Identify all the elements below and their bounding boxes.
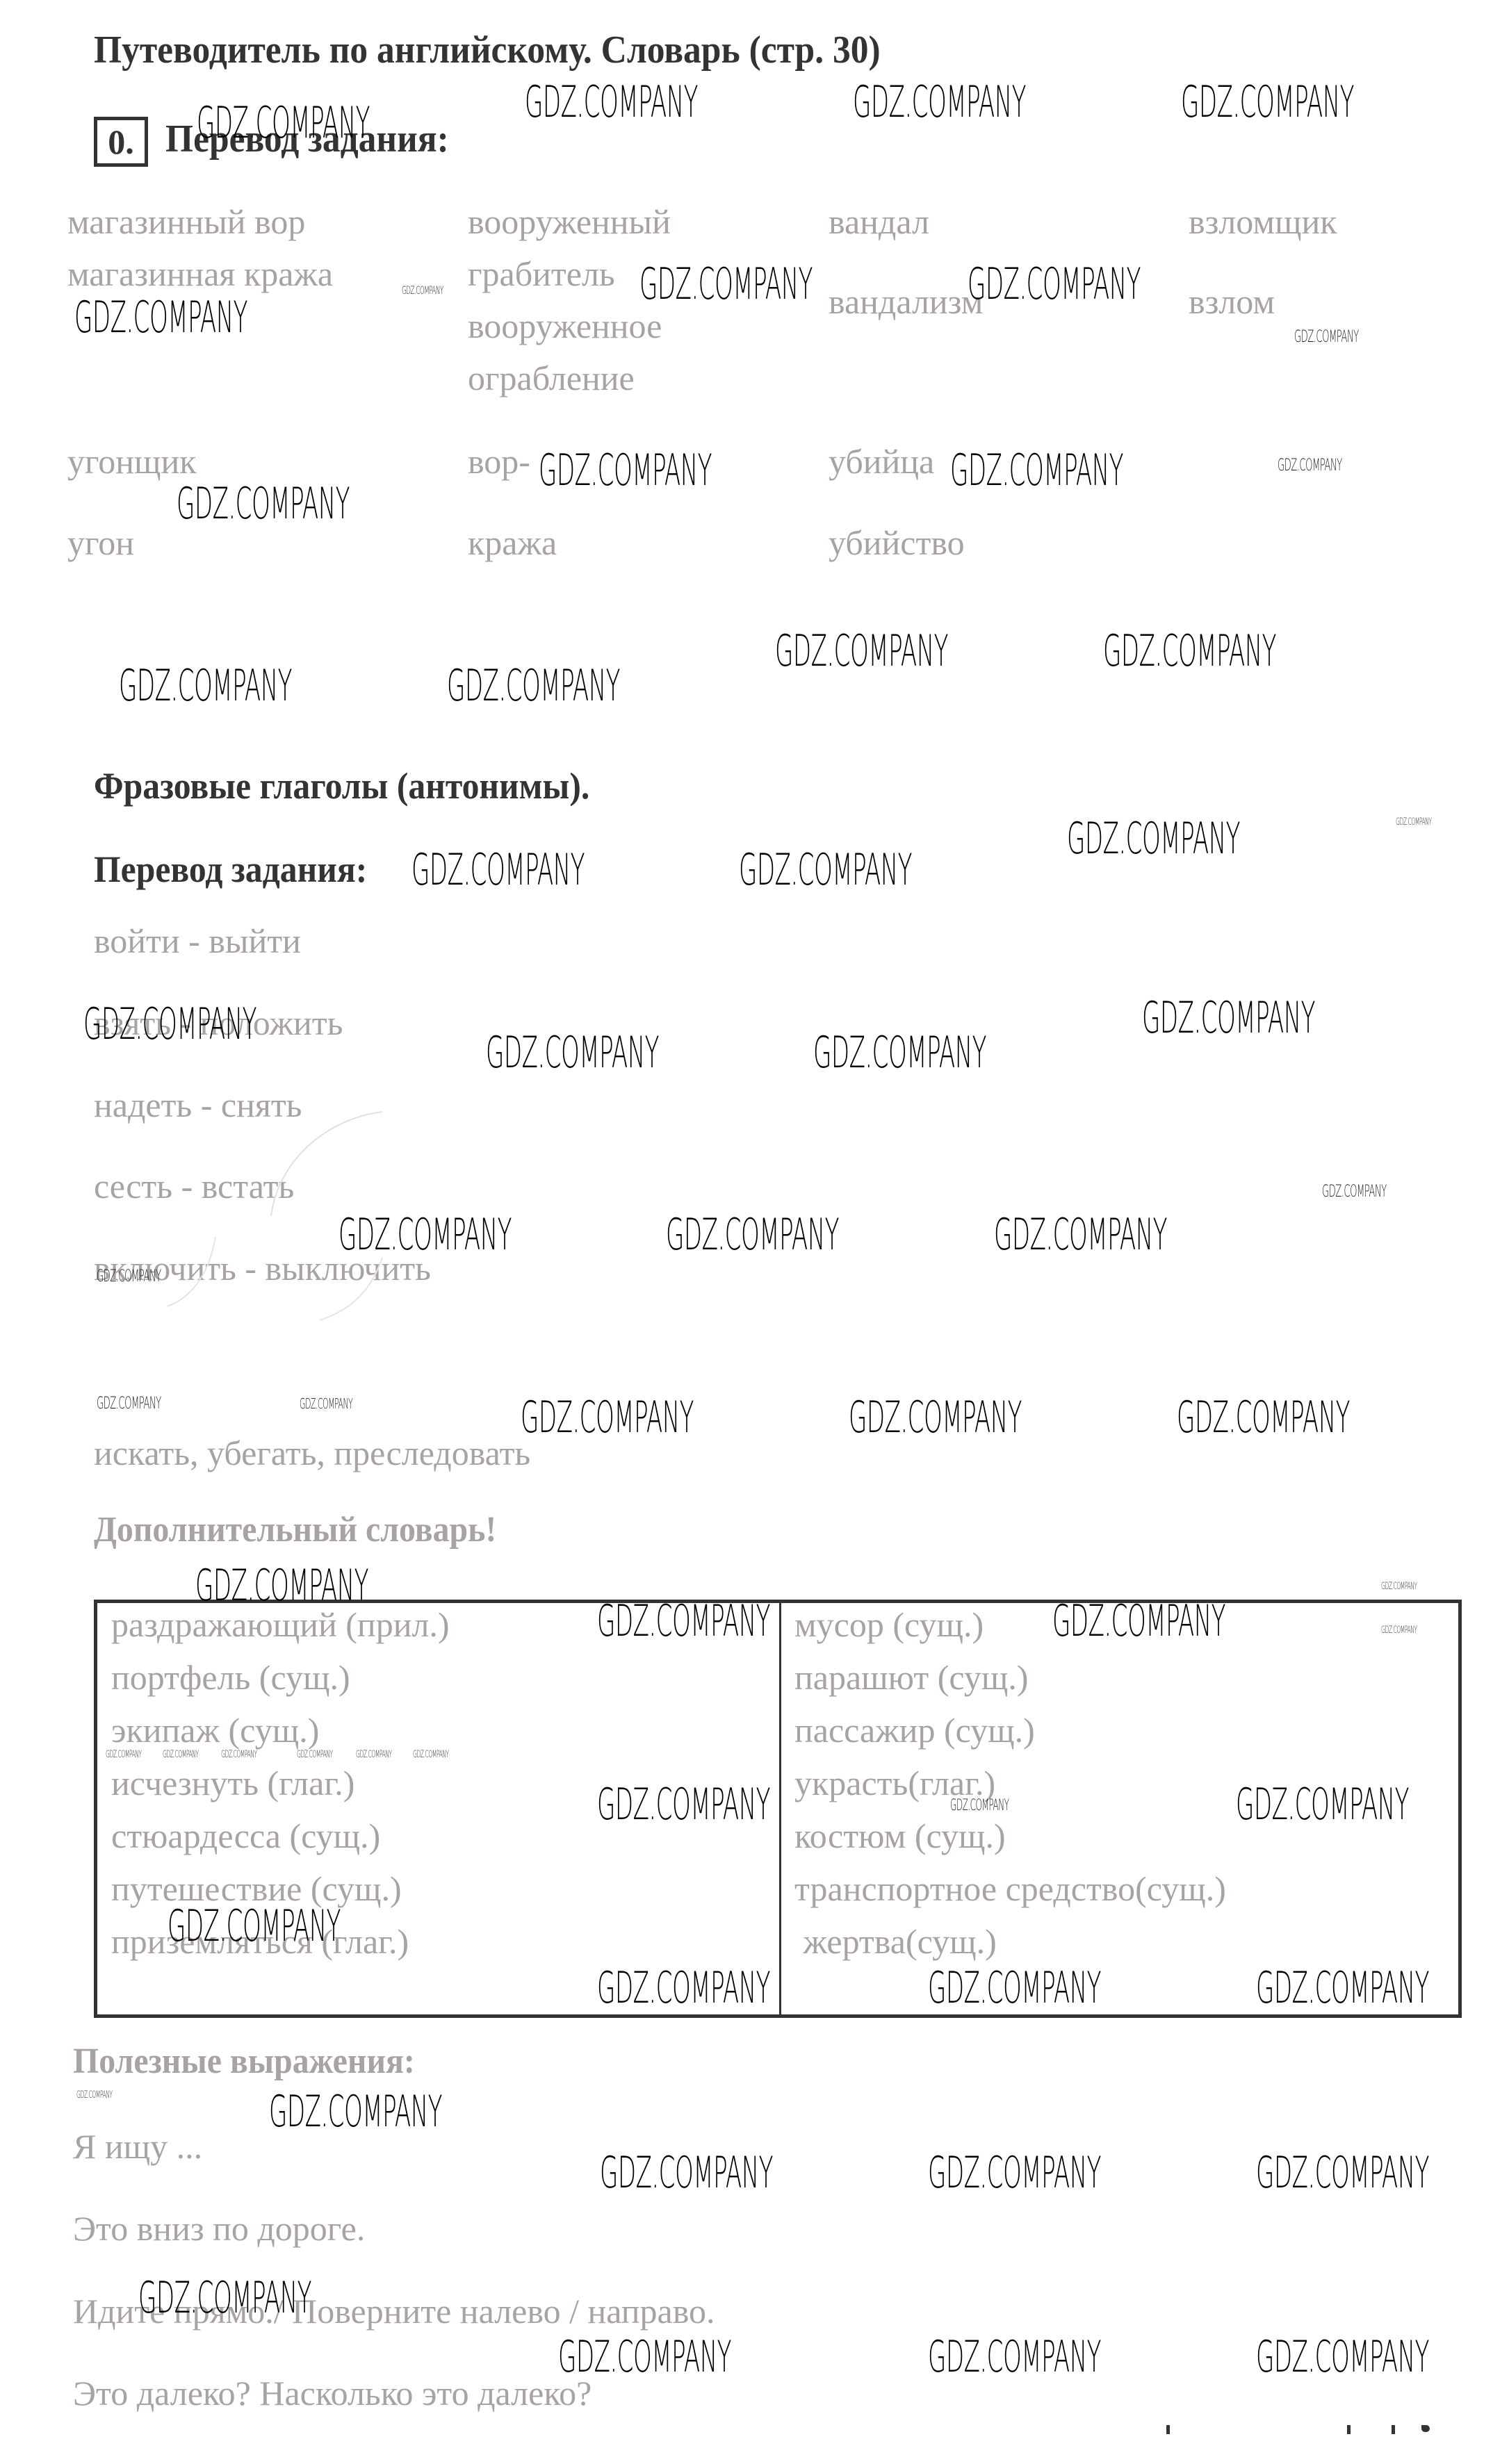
watermark: GDZ.COMPANY <box>1396 816 1432 828</box>
antonym-pair: войти - выйти <box>94 921 301 961</box>
vocab-item: вор- <box>468 441 530 482</box>
page-edge-mark <box>1392 2425 1395 2434</box>
watermark: GDZ.COMPANY <box>300 1395 352 1412</box>
table-cell-right: парашют (сущ.) <box>794 1657 1029 1698</box>
watermark: GDZ.COMPANY <box>177 478 350 529</box>
table-cell-right: пассажир (сущ.) <box>794 1710 1035 1750</box>
watermark: GDZ.COMPANY <box>639 258 813 309</box>
watermark: GDZ.COMPANY <box>197 97 370 148</box>
watermark: GDZ.COMPANY <box>1103 625 1276 676</box>
phrase-item: Это далеко? Насколько это далеко? <box>73 2373 592 2413</box>
task-number-box: 0. <box>94 117 148 167</box>
watermark: GDZ.COMPANY <box>849 1392 1022 1443</box>
watermark: GDZ.COMPANY <box>83 999 256 1049</box>
watermark: GDZ.COMPANY <box>1381 1581 1417 1592</box>
vocab-item: кража <box>468 523 557 563</box>
table-cell-left: экипаж (сущ.) <box>111 1710 319 1750</box>
watermark: GDZ.COMPANY <box>163 1749 199 1760</box>
watermark: GDZ.COMPANY <box>1294 327 1359 346</box>
watermark: GDZ.COMPANY <box>950 1797 1009 1814</box>
watermark: GDZ.COMPANY <box>97 1266 161 1286</box>
watermark: GDZ.COMPANY <box>1256 2331 1429 2382</box>
watermark: GDZ.COMPANY <box>486 1027 659 1078</box>
phrase-item: Я ищу ... <box>73 2126 202 2167</box>
section-heading-phrasal-verbs: Фразовые глаголы (антонимы). <box>94 764 589 807</box>
vocab-item: грабитель <box>468 254 615 294</box>
watermark: GDZ.COMPANY <box>297 1749 333 1760</box>
watermark: GDZ.COMPANY <box>1322 1181 1387 1201</box>
watermark: GDZ.COMPANY <box>1067 813 1240 864</box>
watermark: GDZ.COMPANY <box>558 2331 731 2382</box>
watermark: GDZ.COMPANY <box>447 660 620 711</box>
page-edge-mark <box>1347 2425 1351 2434</box>
watermark: GDZ.COMPANY <box>928 1962 1101 2013</box>
watermark: GDZ.COMPANY <box>994 1209 1167 1260</box>
watermark: GDZ.COMPANY <box>1181 76 1354 127</box>
vocab-item: магазинная кража <box>67 254 333 294</box>
vocab-item: вандал <box>829 202 929 242</box>
page-title: Путеводитель по английскому. Словарь (ст… <box>94 28 881 72</box>
watermark: GDZ.COMPANY <box>338 1209 512 1260</box>
table-cell-right: транспортное средство(сущ.) <box>794 1868 1226 1909</box>
watermark: GDZ.COMPANY <box>119 660 292 711</box>
watermark: GDZ.COMPANY <box>97 1393 161 1413</box>
extra-verbs-line: искать, убегать, преследовать <box>94 1433 530 1473</box>
watermark: GDZ.COMPANY <box>106 1749 142 1760</box>
watermark: GDZ.COMPANY <box>597 1595 770 1646</box>
vocab-item: взломщик <box>1189 202 1337 242</box>
phrase-item: Это вниз по дороге. <box>73 2208 365 2249</box>
vocab-item: вооруженное <box>468 306 662 346</box>
watermark: GDZ.COMPANY <box>666 1209 839 1260</box>
watermark: GDZ.COMPANY <box>356 1749 392 1760</box>
watermark: GDZ.COMPANY <box>195 1560 368 1611</box>
vocab-item: угонщик <box>67 441 197 482</box>
table-cell-left: портфель (сущ.) <box>111 1657 350 1698</box>
watermark: GDZ.COMPANY <box>1381 1625 1417 1636</box>
vocab-item: вандализм <box>829 281 983 322</box>
watermark: GDZ.COMPANY <box>1278 455 1342 475</box>
watermark: GDZ.COMPANY <box>168 1900 341 1951</box>
antonym-pair: сесть - встать <box>94 1166 294 1206</box>
watermark: GDZ.COMPANY <box>539 445 712 495</box>
table-cell-right: жертва(сущ.) <box>794 1921 997 1962</box>
watermark: GDZ.COMPANY <box>269 2086 442 2137</box>
table-cell-right: мусор (сущ.) <box>794 1604 984 1645</box>
watermark: GDZ.COMPANY <box>597 1779 770 1830</box>
watermark: GDZ.COMPANY <box>1236 1779 1409 1830</box>
table-cell-left: стюардесса (сущ.) <box>111 1816 380 1856</box>
vocab-item: ограбление <box>468 358 635 398</box>
watermark: GDZ.COMPANY <box>525 76 698 127</box>
vocab-item: угон <box>67 523 134 563</box>
watermark: GDZ.COMPANY <box>221 1749 257 1760</box>
watermark: GDZ.COMPANY <box>1177 1392 1350 1443</box>
phrasal-verbs-task-heading: Перевод задания: <box>94 848 367 891</box>
table-cell-left: исчезнуть (глаг.) <box>111 1763 354 1803</box>
section-heading-extra-vocab: Дополнительный словарь! <box>94 1509 496 1550</box>
vocab-item: вооруженный <box>468 202 671 242</box>
vocab-item: взлом <box>1189 281 1275 322</box>
watermark: GDZ.COMPANY <box>813 1027 986 1078</box>
watermark: GDZ.COMPANY <box>1256 2147 1429 2198</box>
watermark: GDZ.COMPANY <box>597 1962 770 2013</box>
task-number: 0. <box>108 122 134 162</box>
watermark: GDZ.COMPANY <box>600 2147 773 2198</box>
watermark: GDZ.COMPANY <box>1052 1595 1225 1646</box>
page-edge-mark <box>1166 2425 1170 2434</box>
watermark: GDZ.COMPANY <box>775 625 948 676</box>
watermark: GDZ.COMPANY <box>1256 1962 1429 2013</box>
vocab-item: убийство <box>829 523 965 563</box>
watermark: GDZ.COMPANY <box>76 2089 113 2101</box>
watermark: GDZ.COMPANY <box>411 844 585 895</box>
watermark: GDZ.COMPANY <box>402 284 443 297</box>
antonym-pair: надеть - снять <box>94 1085 302 1125</box>
watermark: GDZ.COMPANY <box>521 1392 694 1443</box>
watermark: GDZ.COMPANY <box>950 445 1123 495</box>
table-cell-right: костюм (сущ.) <box>794 1816 1006 1856</box>
table-divider <box>779 1603 781 2014</box>
watermark: GDZ.COMPANY <box>74 292 247 343</box>
section-heading-useful-phrases: Полезные выражения: <box>73 2041 415 2082</box>
watermark: GDZ.COMPANY <box>928 2147 1101 2198</box>
watermark: GDZ.COMPANY <box>739 844 912 895</box>
watermark: GDZ.COMPANY <box>853 76 1026 127</box>
watermark: GDZ.COMPANY <box>413 1749 449 1760</box>
vocab-item: убийца <box>829 441 934 482</box>
watermark: GDZ.COMPANY <box>968 258 1141 309</box>
page-edge-mark <box>1421 2425 1430 2432</box>
watermark: GDZ.COMPANY <box>1142 992 1315 1043</box>
vocab-item: магазинный вор <box>67 202 305 242</box>
watermark: GDZ.COMPANY <box>138 2272 311 2323</box>
watermark: GDZ.COMPANY <box>928 2331 1101 2382</box>
